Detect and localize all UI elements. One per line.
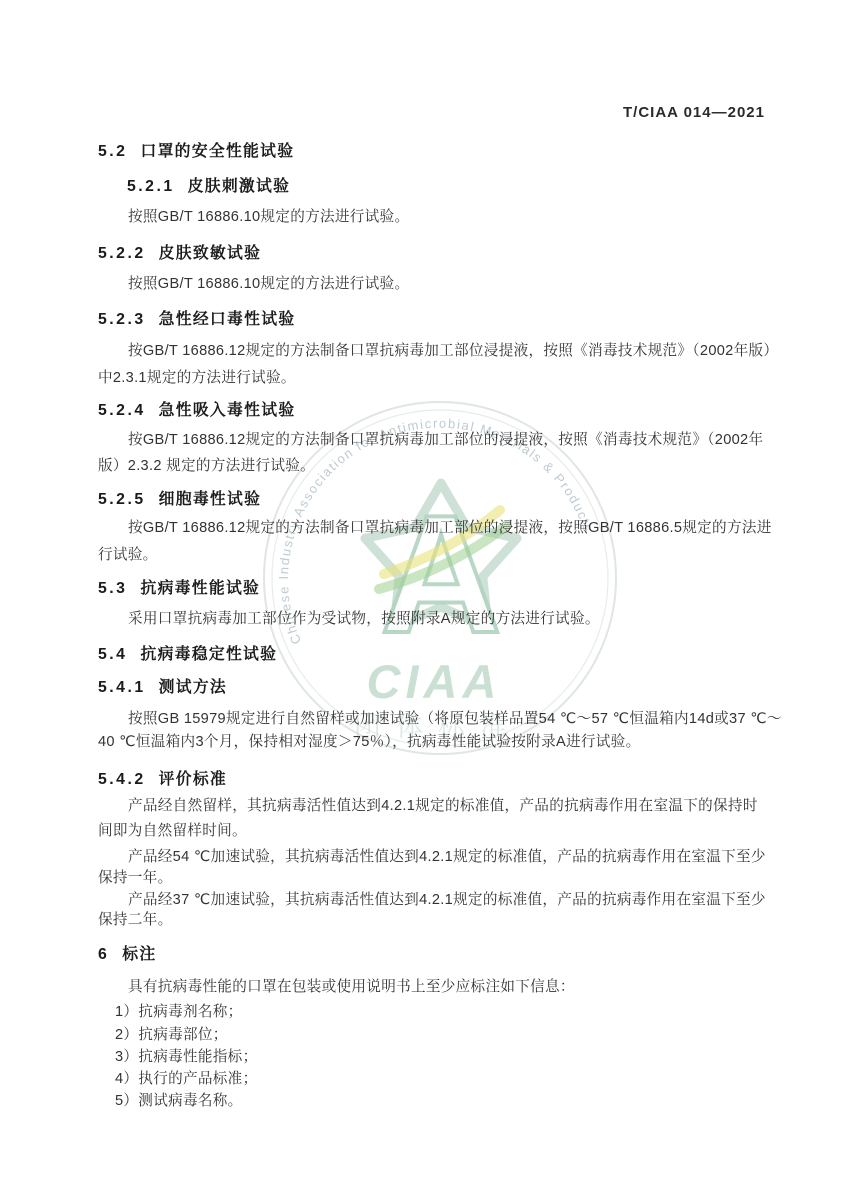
notation-list-item: 5）测试病毒名称。 xyxy=(115,1089,243,1110)
section-heading-5-2-2: 5.2.2皮肤致敏试验 xyxy=(98,240,261,263)
para-line: 保持一年。 xyxy=(98,866,172,887)
para-line: 中2.3.1规定的方法进行试验。 xyxy=(98,366,296,387)
section-title: 评价标准 xyxy=(159,771,227,788)
section-heading-5-2-4: 5.2.4急性吸入毒性试验 xyxy=(98,397,295,420)
notation-list-item: 3）抗病毒性能指标； xyxy=(115,1045,257,1066)
section-title: 急性经口毒性试验 xyxy=(159,311,296,328)
section-title: 口罩的安全性能试验 xyxy=(140,143,294,160)
para-line: 按照GB/T 16886.10规定的方法进行试验。 xyxy=(128,272,409,293)
section-number: 5.2.2 xyxy=(98,245,146,262)
section-heading-5-4: 5.4抗病毒稳定性试验 xyxy=(98,641,277,664)
section-title: 抗病毒稳定性试验 xyxy=(140,646,277,663)
watermark-acronym: CIAA xyxy=(367,655,502,708)
para-line: 按GB/T 16886.12规定的方法制备口罩抗病毒加工部位浸提液，按照《消毒技… xyxy=(128,339,778,360)
para-line: 产品经自然留样，其抗病毒活性值达到4.2.1规定的标准值，产品的抗病毒作用在室温… xyxy=(128,794,758,815)
section-heading-6: 6标注 xyxy=(98,941,157,964)
section-heading-5-2-5: 5.2.5细胞毒性试验 xyxy=(98,486,261,509)
section-title: 急性吸入毒性试验 xyxy=(159,402,296,419)
section-number: 5.2.5 xyxy=(98,491,146,508)
section-heading-5-2: 5.2口罩的安全性能试验 xyxy=(98,138,294,161)
document-page: Chinese Industry Association for Antimic… xyxy=(0,0,849,1200)
para-line: 具有抗病毒性能的口罩在包装或使用说明书上至少应标注如下信息： xyxy=(128,975,575,996)
section-number: 5.4 xyxy=(98,646,127,663)
section-title: 细胞毒性试验 xyxy=(159,491,262,508)
notation-list-item: 2）抗病毒部位； xyxy=(115,1023,228,1044)
notation-list-item: 4）执行的产品标准； xyxy=(115,1067,257,1088)
section-title: 抗病毒性能试验 xyxy=(140,580,260,597)
para-line: 按照GB 15979规定进行自然留样或加速试验（将原包装样品置54 ℃～57 ℃… xyxy=(128,707,782,728)
section-number: 5.2.3 xyxy=(98,311,146,328)
para-line: 保持二年。 xyxy=(98,908,172,929)
section-number: 5.4.1 xyxy=(98,679,146,696)
section-number: 5.2.4 xyxy=(98,402,146,419)
para-line: 产品经37 ℃加速试验，其抗病毒活性值达到4.2.1规定的标准值，产品的抗病毒作… xyxy=(128,888,766,909)
para-line: 按照GB/T 16886.10规定的方法进行试验。 xyxy=(128,205,409,226)
notation-list-item: 1）抗病毒剂名称； xyxy=(115,1000,243,1021)
section-number: 5.2 xyxy=(98,143,127,160)
section-title: 测试方法 xyxy=(159,679,227,696)
section-number: 5.2.1 xyxy=(127,178,175,195)
section-heading-5-2-1: 5.2.1皮肤刺激试验 xyxy=(127,173,290,196)
para-line: 间即为自然留样时间。 xyxy=(98,819,247,840)
section-heading-5-4-1: 5.4.1测试方法 xyxy=(98,674,227,697)
standard-code: T/CIAA 014—2021 xyxy=(623,104,765,121)
para-line: 40 ℃恒温箱内3个月，保持相对湿度＞75％），抗病毒性能试验按附录A进行试验。 xyxy=(98,730,640,751)
section-number: 6 xyxy=(98,946,109,963)
section-number: 5.4.2 xyxy=(98,771,146,788)
section-number: 5.3 xyxy=(98,580,127,597)
section-title: 标注 xyxy=(122,946,156,963)
section-title: 皮肤致敏试验 xyxy=(159,245,262,262)
section-heading-5-2-3: 5.2.3急性经口毒性试验 xyxy=(98,306,295,329)
para-line: 采用口罩抗病毒加工部位作为受试物，按照附录A规定的方法进行试验。 xyxy=(128,607,600,628)
para-line: 按GB/T 16886.12规定的方法制备口罩抗病毒加工部位的浸提液，按照GB/… xyxy=(128,516,772,537)
para-line: 按GB/T 16886.12规定的方法制备口罩抗病毒加工部位的浸提液，按照《消毒… xyxy=(128,428,763,449)
section-heading-5-3: 5.3抗病毒性能试验 xyxy=(98,575,260,598)
para-line: 版）2.3.2 规定的方法进行试验。 xyxy=(98,454,315,475)
para-line: 行试验。 xyxy=(98,543,158,564)
section-heading-5-4-2: 5.4.2评价标准 xyxy=(98,766,227,789)
para-line: 产品经54 ℃加速试验，其抗病毒活性值达到4.2.1规定的标准值，产品的抗病毒作… xyxy=(128,845,766,866)
section-title: 皮肤刺激试验 xyxy=(188,178,291,195)
